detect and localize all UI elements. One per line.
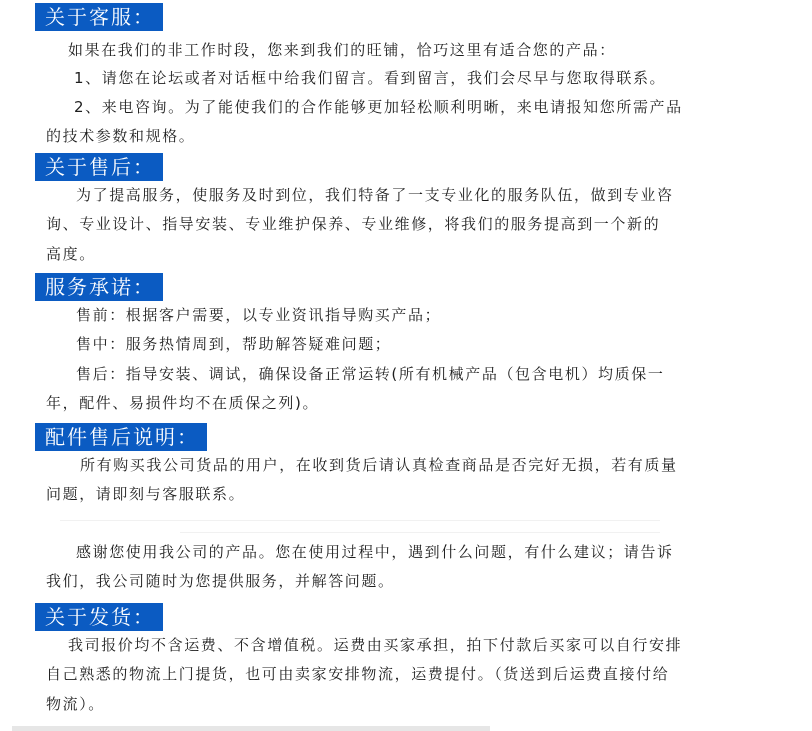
section-text-line: 的技术参数和规格。 bbox=[46, 126, 195, 146]
section-text-line: 1、请您在论坛或者对话框中给我们留言。看到留言，我们会尽早与您取得联系。 bbox=[74, 68, 666, 88]
section-text-line: 物流）。 bbox=[46, 694, 105, 714]
section-text-line: 售中：服务热情周到，帮助解答疑难问题； bbox=[76, 334, 391, 354]
section-text-line: 询、专业设计、指导安装、专业维护保养、专业维修，将我们的服务提高到一个新的 bbox=[46, 214, 660, 234]
section-text-line: 感谢您使用我公司的产品。您在使用过程中，遇到什么问题，有什么建议；请告诉 bbox=[76, 542, 674, 562]
section-text-line: 2、来电咨询。为了能使我们的合作能够更加轻松顺利明晰，来电请报知您所需产品 bbox=[74, 97, 683, 117]
section-text-line: 售前：根据客户需要，以专业资讯指导购买产品； bbox=[76, 305, 441, 325]
faint-watermark-line bbox=[60, 520, 660, 521]
section-heading-shipping: 关于发货： bbox=[35, 603, 163, 631]
section-text-line: 高度。 bbox=[46, 244, 96, 264]
section-text-line: 年，配件、易损件均不在质保之列)。 bbox=[46, 393, 319, 413]
section-text-line: 问题，请即刻与客服联系。 bbox=[46, 484, 245, 504]
section-text-line: 如果在我们的非工作时段，您来到我们的旺铺，恰巧这里有适合您的产品： bbox=[68, 40, 616, 60]
section-heading-customer-service: 关于客服： bbox=[35, 3, 163, 31]
section-heading-service-commitment: 服务承诺： bbox=[35, 273, 163, 301]
bottom-divider bbox=[12, 726, 490, 731]
section-text-line: 为了提高服务，使服务及时到位，我们特备了一支专业化的服务队伍，做到专业咨 bbox=[76, 185, 674, 205]
section-heading-parts-after-sales: 配件售后说明： bbox=[35, 423, 207, 451]
section-heading-after-sales: 关于售后： bbox=[35, 153, 163, 181]
section-text-line: 我们，我公司随时为您提供服务，并解答问题。 bbox=[46, 571, 395, 591]
faint-watermark-line bbox=[180, 532, 660, 533]
section-text-line: 售后：指导安装、调试，确保设备正常运转(所有机械产品（包含电机）均质保一 bbox=[76, 364, 664, 384]
section-text-line: 自己熟悉的物流上门提货，也可由卖家安排物流，运费提付。（货送到后运费直接付给 bbox=[46, 664, 669, 684]
section-text-line: 我司报价均不含运费、不含增值税。运费由买家承担，拍下付款后买家可以自行安排 bbox=[68, 635, 682, 655]
section-text-line: 所有购买我公司货品的用户，在收到货后请认真检查商品是否完好无损，若有质量 bbox=[80, 455, 678, 475]
